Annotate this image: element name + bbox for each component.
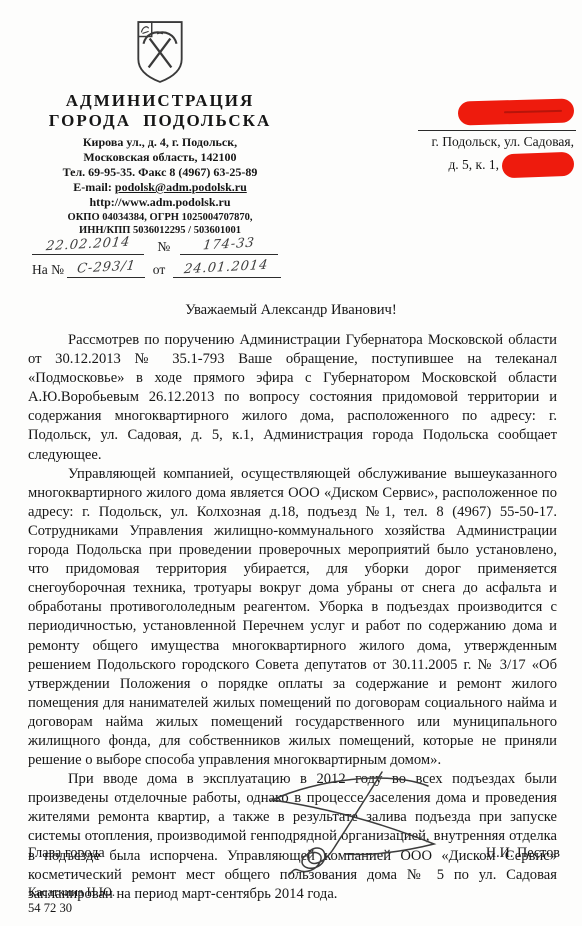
incoming-date-field: 24.01.2014 (173, 259, 281, 278)
podolsk-coat-of-arms-icon (135, 20, 185, 84)
incoming-ref-label: На № (32, 262, 64, 277)
signer-name: Н.И. Пестов (486, 845, 560, 862)
outgoing-number-handwriting: 174-33 (202, 236, 256, 254)
letterhead-address-line2: Московская область, 142100 (22, 150, 298, 165)
letterhead-website: http://www.adm.podolsk.ru (22, 195, 298, 210)
paragraph-1: Рассмотрев по поручению Администрации Гу… (28, 331, 557, 465)
paragraph-2: Управляющей компанией, осуществляющей об… (28, 465, 557, 771)
email-address: podolsk@adm.podolsk.ru (115, 180, 247, 194)
signoff-row: Глава города Н.И. Пестов (28, 845, 560, 862)
recipient-block: г. Подольск, ул. Садовая, д. 5, к. 1, (400, 100, 576, 177)
org-name-line2: ГОРОДА ПОДОЛЬСКА (22, 111, 298, 131)
incoming-number-field: С-293/1 (67, 259, 145, 278)
org-name: АДМИНИСТРАЦИЯ ГОРОДА ПОДОЛЬСКА (22, 91, 298, 131)
recipient-address-line2-row: д. 5, к. 1, (400, 153, 576, 177)
incoming-date-handwriting: 24.01.2014 (184, 258, 270, 278)
outgoing-number-field: 174-33 (180, 236, 278, 255)
outgoing-reference-row: 22.02.2014 № 174-33 (32, 236, 297, 255)
recipient-address-line1: г. Подольск, ул. Садовая, (400, 134, 576, 151)
letterhead-codes: ОКПО 04034384, ОГРН 1025004707870, ИНН/К… (22, 211, 298, 237)
okpo-ogrn-line: ОКПО 04034384, ОГРН 1025004707870, (22, 211, 298, 224)
incoming-number-handwriting: С-293/1 (76, 258, 137, 276)
letterhead-phone-line: Тел. 69-95-35. Факс 8 (4967) 63-25-89 (22, 165, 298, 180)
outgoing-date-field: 22.02.2014 (32, 236, 144, 255)
org-name-line1: АДМИНИСТРАЦИЯ (22, 91, 298, 111)
email-label: E-mail: (73, 180, 112, 194)
letterhead: АДМИНИСТРАЦИЯ ГОРОДА ПОДОЛЬСКА Кирова ул… (22, 20, 298, 237)
letterhead-contacts: Кирова ул., д. 4, г. Подольск, Московска… (22, 135, 298, 210)
scanned-letter-page: АДМИНИСТРАЦИЯ ГОРОДА ПОДОЛЬСКА Кирова ул… (0, 0, 582, 926)
recipient-underline (418, 130, 576, 131)
executor-name: Касаткина Н.Ю. (28, 884, 115, 900)
redaction-marker-name (458, 98, 575, 125)
letterhead-address-line1: Кирова ул., д. 4, г. Подольск, (22, 135, 298, 150)
executor-block: Касаткина Н.Ю. 54 72 30 (28, 884, 115, 917)
redaction-marker-apartment (502, 152, 575, 178)
from-label: от (153, 262, 165, 277)
recipient-address-line2: д. 5, к. 1, (448, 157, 499, 173)
salutation: Уважаемый Александр Иванович! (0, 302, 582, 319)
reference-block: 22.02.2014 № 174-33 На № С-293/1 от 24.0… (32, 236, 297, 282)
number-sign-label: № (157, 239, 170, 254)
outgoing-date-handwriting: 22.02.2014 (45, 235, 131, 255)
incoming-reference-row: На № С-293/1 от 24.01.2014 (32, 259, 297, 278)
letterhead-email-line: E-mail: podolsk@adm.podolsk.ru (22, 180, 298, 195)
signer-position: Глава города (28, 845, 105, 862)
executor-phone: 54 72 30 (28, 900, 115, 916)
